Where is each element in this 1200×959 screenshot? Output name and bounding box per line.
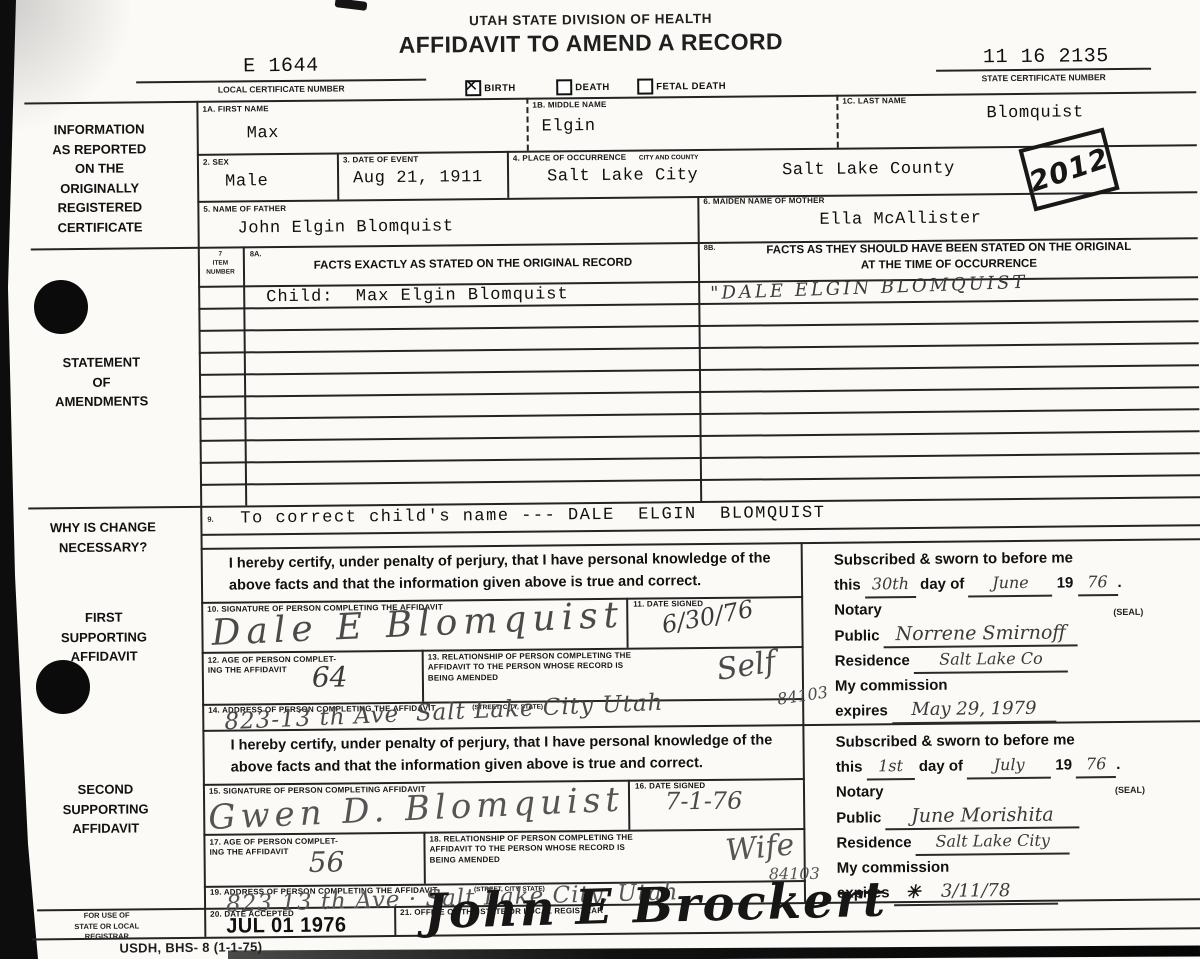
agency-name: UTAH STATE DIVISION OF HEALTH xyxy=(336,10,846,30)
affidavit2-age-value: 56 xyxy=(309,845,345,878)
notary1-public-word: Public xyxy=(834,627,879,644)
notary1-residence-word: Residence xyxy=(835,652,910,670)
notary1-this-word: this xyxy=(834,577,861,594)
notary2-residence-value: Salt Lake City xyxy=(916,829,1070,856)
sidebar-why-change: WHY IS CHANGE NECESSARY? xyxy=(25,517,180,557)
local-certificate-label: LOCAL CERTIFICATE NUMBER xyxy=(136,83,426,96)
affidavit2-relationship-label: 18. RELATIONSHIP OF PERSON COMPLETING TH… xyxy=(429,833,633,866)
local-certificate-value: E 1644 xyxy=(156,54,406,79)
registrar-signature-name: John E Brockert xyxy=(423,872,887,941)
facts-corrected-header: FACTS AS THEY SHOULD HAVE BEEN STATED ON… xyxy=(718,239,1180,274)
state-certificate-value: 11 16 2135 xyxy=(951,45,1141,70)
notary1-seal-label: (SEAL) xyxy=(1113,607,1143,617)
fetal-death-checkbox xyxy=(637,78,653,94)
notary2-date-line: this 1st day of July 19 76. xyxy=(836,751,1196,780)
place-label: 4. PLACE OF OCCURRENCE xyxy=(513,153,626,164)
notary1-dayof-word: day of xyxy=(920,576,964,593)
grid-line-v-dashed xyxy=(526,98,529,151)
last-name-value: Blomquist xyxy=(986,103,1083,123)
year-2012-stamp: 2012 xyxy=(1018,127,1119,211)
grid-line-v xyxy=(507,151,509,198)
sidebar-statement-of-amendments: STATEMENT OF AMENDMENTS xyxy=(24,352,180,412)
why-change-number: 9. xyxy=(207,515,213,524)
mother-name-label: 6. MAIDEN NAME OF MOTHER xyxy=(703,196,824,208)
date-of-event-label: 3. DATE OF EVENT xyxy=(343,155,419,166)
affidavit2-date-value: 7-1-76 xyxy=(665,787,743,816)
sex-label: 2. SEX xyxy=(203,158,229,169)
notary1-year-value: 76 xyxy=(1077,570,1117,596)
notary1-name-value: Norrene Smirnoff xyxy=(884,620,1078,648)
affidavit2-certify-text: I hereby certify, under penalty of perju… xyxy=(230,729,805,779)
notary1-day-value: 30th xyxy=(865,572,916,598)
amendment-original-value: Child: Max Elgin Blomquist xyxy=(266,285,569,307)
grid-line-v-dashed xyxy=(836,95,839,148)
item-number-column-label: 7 ITEM NUMBER xyxy=(198,250,243,277)
notary2-name-value: June Morishita xyxy=(885,802,1079,830)
last-name-label: 1C. LAST NAME xyxy=(842,96,906,107)
grid-line-v xyxy=(337,152,339,199)
notary1-year-prefix: 19 xyxy=(1057,574,1074,591)
notary2-month-value: July xyxy=(967,753,1051,780)
registrar-signature-flourish: ✳ xyxy=(905,882,923,903)
death-checkbox xyxy=(556,79,572,95)
grid-line-v xyxy=(422,650,424,702)
notary2-dayof-word: day of xyxy=(919,758,963,775)
affidavit1-relationship-value: Self xyxy=(715,644,779,687)
facts-original-number: 8A. xyxy=(250,249,262,258)
grid-line-v xyxy=(697,196,699,242)
notary1-sworn-line: Subscribed & sworn to before me xyxy=(834,545,1194,572)
affidavit1-relationship-label: 13. RELATIONSHIP OF PERSON COMPLETING TH… xyxy=(428,651,632,684)
sidebar-first-affidavit: FIRST SUPPORTING AFFIDAVIT xyxy=(26,607,182,667)
why-change-value: To correct child's name --- DALE ELGIN B… xyxy=(240,504,825,529)
grid-line-v xyxy=(423,832,425,884)
state-certificate-label: STATE CERTIFICATE NUMBER xyxy=(936,72,1151,84)
notary2-this-word: this xyxy=(836,758,863,775)
date-of-event-value: Aug 21, 1911 xyxy=(353,168,483,188)
sidebar-original-info: INFORMATION AS REPORTED ON THE ORIGINALL… xyxy=(22,119,178,237)
notary2-sworn-line: Subscribed & sworn to before me xyxy=(835,727,1195,754)
sidebar-second-affidavit: SECOND SUPPORTING AFFIDAVIT xyxy=(28,779,184,839)
notary1-commission-words: My commission xyxy=(835,671,1195,698)
facts-original-header: FACTS EXACTLY AS STATED ON THE ORIGINAL … xyxy=(258,255,688,275)
form-code: USDH, BHS- 8 (1-1-75) xyxy=(119,939,262,955)
fetal-death-checkbox-label: FETAL DEATH xyxy=(656,81,726,93)
first-name-value: Max xyxy=(247,124,280,143)
notary2-public-line: Public June Morishita xyxy=(836,801,1196,830)
sex-value: Male xyxy=(225,172,268,191)
date-accepted-stamp: JUL 01 1976 xyxy=(226,913,346,938)
birth-checkbox-mark: ✕ xyxy=(464,76,478,96)
notary1-expires-word: expires xyxy=(835,702,888,720)
notary2-day-value: 1st xyxy=(866,754,914,780)
notary1-residence-line: Residence Salt Lake Co xyxy=(835,645,1195,674)
affidavit1-age-value: 64 xyxy=(312,660,348,693)
mother-name-value: Ella McAllister xyxy=(819,209,981,230)
affidavit1-address-zip: 84103 xyxy=(776,682,829,708)
middle-name-label: 1B. MIDDLE NAME xyxy=(532,100,606,111)
grid-line-v xyxy=(196,101,206,937)
middle-name-value: Elgin xyxy=(542,117,596,137)
birth-checkbox-label: BIRTH xyxy=(484,83,516,94)
first-name-label: 1A. FIRST NAME xyxy=(202,104,268,115)
notary1-month-value: June xyxy=(968,571,1052,598)
registrar-signature: John E Brockert ✳ xyxy=(423,871,923,940)
notary1-residence-value: Salt Lake Co xyxy=(914,647,1068,674)
facts-corrected-number: 8B. xyxy=(704,243,716,252)
notary1-expires-value: May 29, 1979 xyxy=(892,697,1056,725)
amendment-corrected-value: "DALE ELGIN BLOMQUIST xyxy=(710,272,1028,304)
grid-line-v xyxy=(626,598,628,648)
father-name-value: John Elgin Blomquist xyxy=(237,217,453,238)
notary2-year-value: 76 xyxy=(1076,752,1116,778)
notary2-seal-label: (SEAL) xyxy=(1115,785,1145,795)
place-sublabel: CITY AND COUNTY xyxy=(639,154,699,162)
notary1-date-line: this 30th day of June 19 76. xyxy=(834,569,1194,598)
notary2-year-prefix: 19 xyxy=(1055,756,1072,773)
place-city-value: Salt Lake City xyxy=(547,166,698,186)
notary2-residence-word: Residence xyxy=(836,834,911,852)
notary1-expires-line: expires May 29, 1979 xyxy=(835,695,1195,724)
notary1-public-line: Public Norrene Smirnoff xyxy=(834,619,1194,648)
notary2-residence-line: Residence Salt Lake City xyxy=(836,827,1196,856)
father-name-label: 5. NAME OF FATHER xyxy=(203,204,286,215)
affidavit-form: UTAH STATE DIVISION OF HEALTH AFFIDAVIT … xyxy=(0,0,1200,959)
affidavit2-relationship-value: Wife xyxy=(724,827,796,868)
notary2-public-word: Public xyxy=(836,809,881,826)
death-checkbox-label: DEATH xyxy=(575,82,610,93)
grid-line-v xyxy=(628,780,630,830)
place-county-value: Salt Lake County xyxy=(782,160,955,181)
notary1-block: Subscribed & sworn to before me this 30t… xyxy=(834,545,1196,724)
birth-checkbox: ✕ xyxy=(465,80,481,96)
affidavit1-certify-text: I hereby certify, under penalty of perju… xyxy=(229,547,804,597)
